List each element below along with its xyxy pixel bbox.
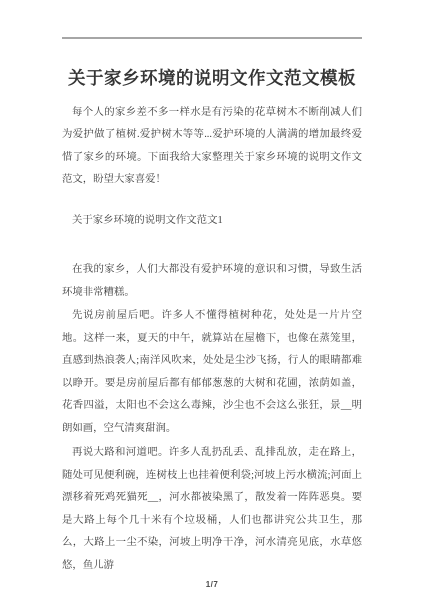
section-heading: 关于家乡环境的说明文作文范文1 <box>62 210 362 233</box>
page-number: 1/7 <box>62 580 362 589</box>
paragraph-body-2: 先说房前屋后吧。许多人不懂得植树种花，处处是一片片空地。这样一来，夏天的中午，就… <box>62 305 362 440</box>
header-rule <box>62 37 362 39</box>
document-page: 关于家乡环境的说明文作文范文模板 每个人的家乡差不多一样水是有污染的花草树木不断… <box>62 37 362 589</box>
paragraph-body-1: 在我的家乡，人们大都没有爱护环境的意识和习惯，导致生活环境非常糟糕。 <box>62 259 362 304</box>
paragraph-body-3: 再说大路和河道吧。许多人乱扔乱丢、乱排乱放，走在路上，随处可见便利碗，连树枝上也… <box>62 442 362 577</box>
document-title: 关于家乡环境的说明文作文范文模板 <box>62 66 362 90</box>
paragraph-intro: 每个人的家乡差不多一样水是有污染的花草树木不断削减人们为爱护做了植树.爱护树木等… <box>62 102 362 192</box>
